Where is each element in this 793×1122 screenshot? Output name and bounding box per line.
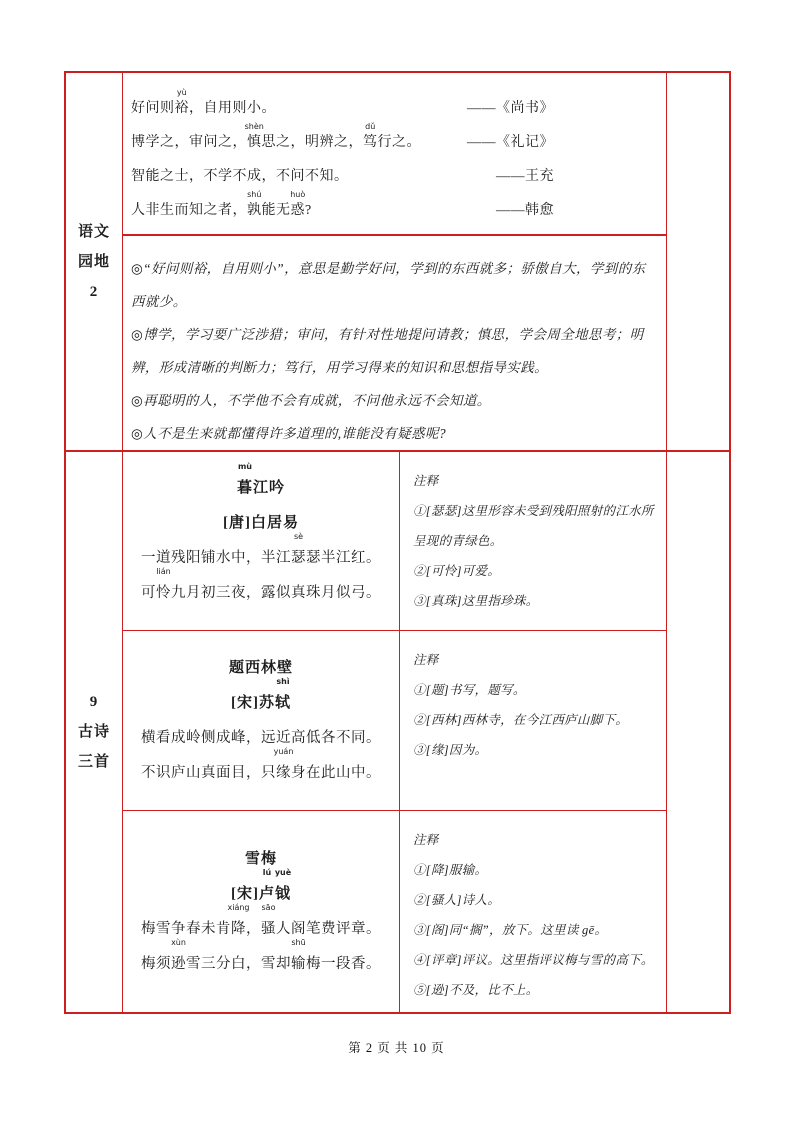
poem-row: mù暮江吟[唐]白居易一道残阳铺水中，半江sè瑟瑟半江红。可lián怜九月初三夜… (123, 452, 666, 630)
ruby-char: xiáng降 (231, 912, 246, 947)
poem-author: [唐]白居易 (223, 506, 299, 541)
poem-cell: mù暮江吟[唐]白居易一道残阳铺水中，半江sè瑟瑟半江红。可lián怜九月初三夜… (123, 452, 400, 630)
note-item: ①[题]书写，题写。 (413, 675, 660, 705)
pinyin-annotation: dǔ (365, 123, 375, 131)
poem-author: [宋]苏shì轼 (231, 686, 291, 721)
section-label-gushi-sanshou: 9 古诗 三首 (66, 452, 123, 1012)
pinyin-annotation: xiáng (227, 904, 249, 912)
ruby-char: shū输 (291, 947, 306, 982)
pinyin-annotation: lián (156, 568, 170, 576)
poem-row: 雪梅[宋]lú卢yuè钺梅雪争春未肯xiáng降，sāo骚人阁笔费评章。梅须xù… (123, 810, 666, 1012)
ruby-char: shú孰 (247, 199, 262, 219)
note-item: ①[降]服输。 (413, 855, 660, 885)
poem-line: 可lián怜九月初三夜，露似真珠月似弓。 (141, 576, 381, 611)
quote-row: 博学之，审问之，shèn慎思之，明辨之，dǔ笃行之。——《礼记》 (131, 131, 554, 151)
pinyin-annotation: xùn (171, 939, 186, 947)
poem-title: 雪梅 (245, 842, 277, 877)
pinyin-annotation: mù (238, 463, 252, 471)
ruby-char: mù暮 (237, 471, 253, 506)
note-item: ②[西林]西林寺，在今江西庐山脚下。 (413, 705, 660, 735)
notes-cell: 注释①[降]服输。②[骚人]诗人。③[阁]同“搁”，放下。这里读 gē。④[评章… (400, 811, 666, 1012)
ruby-char: sāo骚 (261, 912, 276, 947)
label-line: 古诗 (78, 717, 110, 747)
quote-text: 智能之士，不学不成，不问不知。 (131, 165, 349, 185)
pinyin-annotation: sè (294, 533, 303, 541)
quote-source: ——王充 (488, 165, 554, 185)
quote-source: ——《礼记》 (459, 131, 554, 151)
quote-text: 博学之，审问之，shèn慎思之，明辨之，dǔ笃行之。 (131, 131, 421, 151)
quote-row: 人非生而知之者，shú孰能无huò惑?——韩愈 (131, 199, 554, 219)
pinyin-annotation: shì (276, 678, 289, 686)
section-gushi-sanshou: 9 古诗 三首 mù暮江吟[唐]白居易一道残阳铺水中，半江sè瑟瑟半江红。可li… (66, 450, 729, 1012)
note-item: ③[阁]同“搁”，放下。这里读 gē。 (413, 915, 660, 945)
quote-text: 好问则yù裕，自用则小。 (131, 97, 276, 117)
empty-right-column (667, 73, 729, 450)
quote-row: 智能之士，不学不成，不问不知。——王充 (131, 165, 554, 185)
ruby-char: yuán缘 (276, 756, 291, 791)
ruby-char: yuè钺 (275, 877, 291, 912)
ruby-char: sè瑟 (291, 541, 306, 576)
explanations-cell: ◎“好问则裕，自用则小”，意思是勤学好问，学到的东西就多；骄傲自大，学到的东西就… (123, 234, 666, 450)
ruby-char: shèn慎 (247, 131, 262, 151)
explanation-item: ◎博学，学习要广泛涉猎；审问，有针对性地提问请教；慎思，学会周全地思考；明辨，形… (131, 318, 659, 384)
explanation-item: ◎人不是生来就都懂得许多道理的,谁能没有疑惑呢? (131, 417, 659, 450)
pinyin-annotation: yuè (275, 869, 291, 877)
poem-title: mù暮江吟 (237, 471, 285, 506)
empty-right-column (667, 452, 729, 1012)
note-item: ④[评章]评议。这里指评议梅与雪的高下。 (413, 945, 660, 975)
explanation-item: ◎再聪明的人，不学他不会有成就，不问他永远不会知道。 (131, 384, 659, 417)
ruby-char: shì轼 (275, 686, 291, 721)
quote-row: 好问则yù裕，自用则小。——《尚书》 (131, 97, 554, 117)
quotes-cell: 好问则yù裕，自用则小。——《尚书》博学之，审问之，shèn慎思之，明辨之，dǔ… (123, 73, 666, 234)
ruby-char: dǔ笃 (363, 131, 378, 151)
quote-source: ——《尚书》 (459, 97, 554, 117)
poem-line: 横看成岭侧成峰，远近高低各不同。 (141, 721, 381, 756)
pinyin-annotation: sāo (262, 904, 276, 912)
quote-text: 人非生而知之者，shú孰能无huò惑? (131, 199, 312, 219)
section-label-yuwen-yuandi: 语文 园地 2 (66, 73, 123, 450)
poem-cell: 雪梅[宋]lú卢yuè钺梅雪争春未肯xiáng降，sāo骚人阁笔费评章。梅须xù… (123, 811, 400, 1012)
pinyin-annotation: lú (263, 869, 271, 877)
page-footer: 第 2 页 共 10 页 (0, 1038, 793, 1056)
label-line: 三首 (78, 747, 110, 777)
pinyin-annotation: shèn (245, 123, 264, 131)
ruby-char: huò惑 (291, 199, 306, 219)
section1-content: 好问则yù裕，自用则小。——《尚书》博学之，审问之，shèn慎思之，明辨之，dǔ… (123, 73, 667, 450)
poem-cell: 题西林壁[宋]苏shì轼横看成岭侧成峰，远近高低各不同。不识庐山真面目，只yuá… (123, 631, 400, 810)
label-line: 9 (90, 687, 99, 717)
poem-line: 不识庐山真面目，只yuán缘身在此山中。 (141, 756, 381, 791)
worksheet-table: 语文 园地 2 好问则yù裕，自用则小。——《尚书》博学之，审问之，shèn慎思… (64, 71, 731, 1014)
note-item: ②[骚人]诗人。 (413, 885, 660, 915)
notes-title: 注释 (413, 466, 660, 496)
label-line: 语文 (78, 217, 110, 247)
poem-line: 梅须xùn逊雪三分白，雪却shū输梅一段香。 (141, 947, 381, 982)
pinyin-annotation: huò (290, 191, 305, 199)
note-item: ③[缘]因为。 (413, 735, 660, 765)
note-item: ①[瑟瑟]这里形容未受到残阳照射的江水所呈现的青绿色。 (413, 496, 660, 556)
poem-line: 一道残阳铺水中，半江sè瑟瑟半江红。 (141, 541, 381, 576)
pinyin-annotation: shú (247, 191, 261, 199)
quote-source: ——韩愈 (488, 199, 554, 219)
explanation-item: ◎“好问则裕，自用则小”，意思是勤学好问，学到的东西就多；骄傲自大，学到的东西就… (131, 252, 659, 318)
note-item: ⑤[逊]不及，比不上。 (413, 975, 660, 1005)
notes-title: 注释 (413, 825, 660, 855)
notes-title: 注释 (413, 645, 660, 675)
ruby-char: lián怜 (156, 576, 171, 611)
poem-row: 题西林壁[宋]苏shì轼横看成岭侧成峰，远近高低各不同。不识庐山真面目，只yuá… (123, 630, 666, 810)
poems-grid: mù暮江吟[唐]白居易一道残阳铺水中，半江sè瑟瑟半江红。可lián怜九月初三夜… (123, 452, 667, 1012)
pinyin-annotation: shū (291, 939, 305, 947)
label-line: 园地 (78, 247, 110, 277)
pinyin-annotation: yù (177, 89, 187, 97)
ruby-char: yù裕 (175, 97, 190, 117)
note-item: ②[可怜]可爱。 (413, 556, 660, 586)
notes-cell: 注释①[题]书写，题写。②[西林]西林寺，在今江西庐山脚下。③[缘]因为。 (400, 631, 666, 810)
section-yuwen-yuandi-2: 语文 园地 2 好问则yù裕，自用则小。——《尚书》博学之，审问之，shèn慎思… (66, 73, 729, 450)
ruby-char: xùn逊 (171, 947, 186, 982)
pinyin-annotation: yuán (274, 748, 294, 756)
note-item: ③[真珠]这里指珍珠。 (413, 586, 660, 616)
label-line: 2 (90, 277, 99, 307)
notes-cell: 注释①[瑟瑟]这里形容未受到残阳照射的江水所呈现的青绿色。②[可怜]可爱。③[真… (400, 452, 666, 630)
